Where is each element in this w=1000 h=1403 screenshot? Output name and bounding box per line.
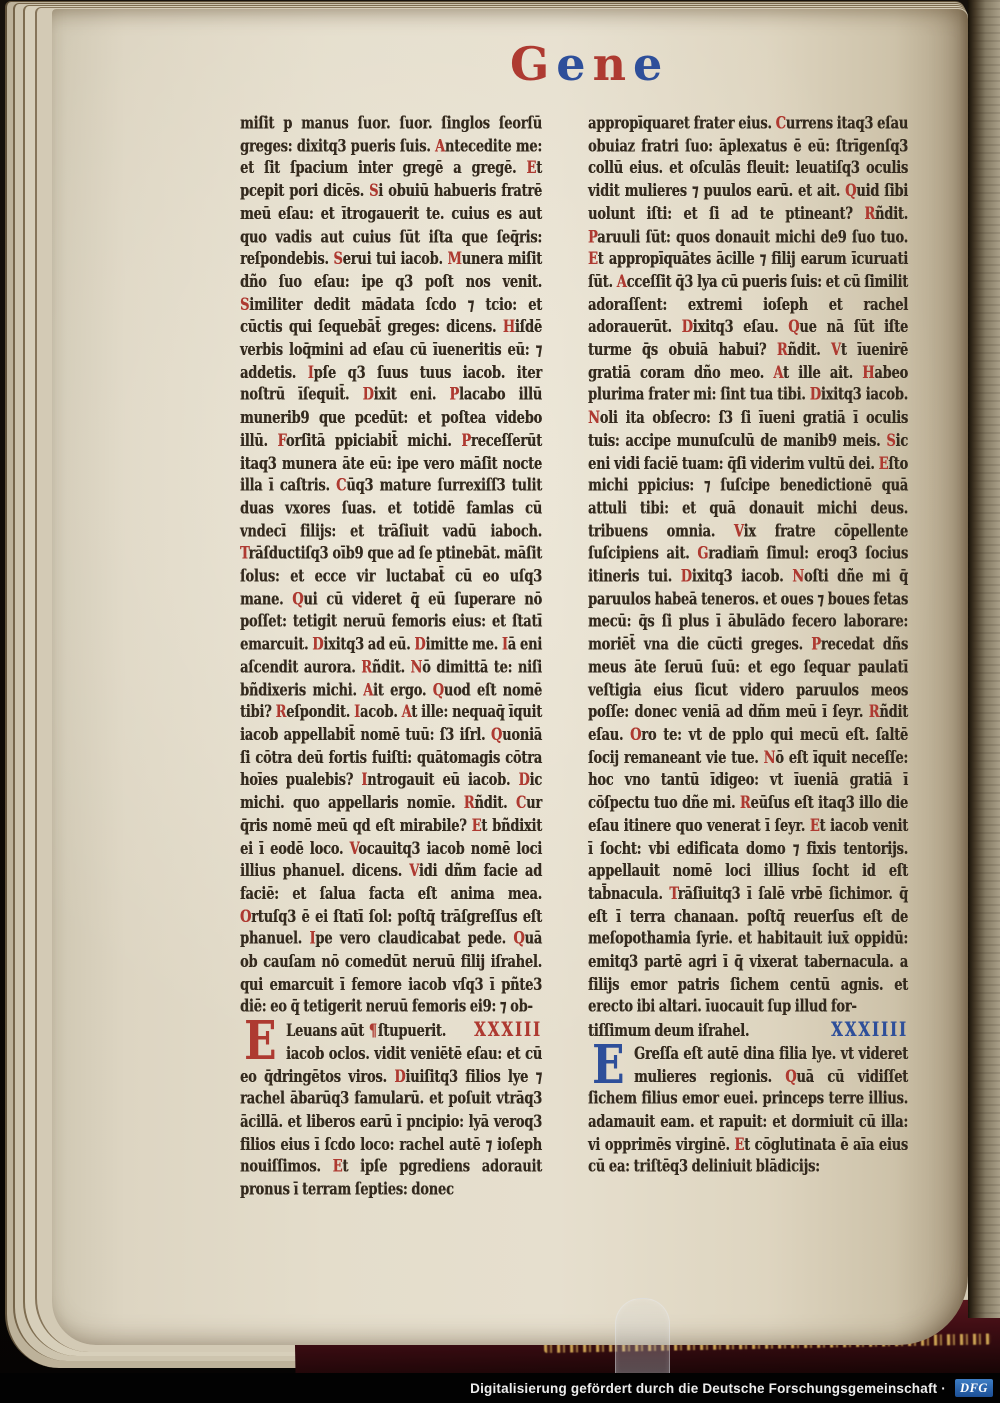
rubricated-capital: D bbox=[518, 771, 529, 790]
rubricated-capital: D bbox=[394, 1067, 405, 1086]
rubricated-capital: R bbox=[864, 205, 875, 224]
rubricated-capital: E bbox=[810, 817, 820, 836]
rubricated-capital: S bbox=[886, 432, 895, 451]
rubricated-capital: C bbox=[516, 794, 526, 813]
rubricated-capital: T bbox=[240, 545, 249, 564]
running-title: Gene bbox=[510, 37, 666, 91]
paragraph-end-text: tiſſimum deum iſrahel. bbox=[588, 1021, 749, 1044]
rubricated-capital: R bbox=[276, 703, 287, 722]
rubricated-capital: N bbox=[764, 749, 776, 768]
facing-page-edge bbox=[968, 0, 1000, 1318]
rubricated-capital: C bbox=[776, 114, 786, 133]
rubricated-capital: A bbox=[617, 273, 627, 292]
rubricated-capital: R bbox=[777, 341, 788, 360]
rubricated-capital: E bbox=[333, 1158, 343, 1177]
chapter-initial: E bbox=[588, 1045, 628, 1089]
rubricated-capital: Q bbox=[491, 726, 502, 745]
rubricated-capital: Q bbox=[513, 930, 524, 949]
running-title-letter: e bbox=[633, 37, 666, 91]
scripture-paragraph: iacob oclos. vidit veniētē eſau: et cū e… bbox=[240, 1043, 542, 1202]
rubricated-capital: H bbox=[862, 364, 874, 383]
rubricated-capital: A bbox=[363, 681, 373, 700]
rubricated-capital: S bbox=[369, 182, 378, 201]
rubricated-capital: P bbox=[461, 432, 471, 451]
rubricated-capital: Q bbox=[788, 318, 799, 337]
dfg-banner-text: Digitalisierung gefördert durch die Deut… bbox=[470, 1381, 946, 1396]
rubricated-capital: C bbox=[336, 477, 346, 496]
rubricated-capital: D bbox=[682, 318, 693, 337]
rubricated-capital: V bbox=[734, 522, 744, 541]
chapter-block: ELeuans aūt ¶ſtupuerit.XXXIIIiacob oclos… bbox=[240, 1019, 542, 1202]
rubricated-capital: D bbox=[414, 635, 425, 654]
chapter-incipit: Leuans aūt ¶ſtupuerit. bbox=[286, 1021, 446, 1044]
rubricated-capital: D bbox=[312, 635, 323, 654]
rubricated-capital: R bbox=[361, 658, 372, 677]
rubricated-capital: P bbox=[588, 228, 597, 247]
rubricated-capital: E bbox=[526, 160, 536, 179]
rubricated-capital: V bbox=[831, 341, 841, 360]
chapter-number: XXXIII bbox=[474, 1019, 542, 1042]
rubricated-capital: V bbox=[350, 839, 359, 858]
rubricated-capital: A bbox=[402, 703, 412, 722]
rubricated-capital: I bbox=[502, 635, 508, 654]
rubricated-capital: E bbox=[588, 250, 598, 269]
chapter-number: XXXIIII bbox=[831, 1019, 908, 1042]
rubricated-capital: P bbox=[811, 635, 821, 654]
rubricated-capital: D bbox=[810, 386, 821, 405]
rubricated-capital: N bbox=[410, 658, 422, 677]
rubricated-capital: Q bbox=[845, 182, 856, 201]
rubricated-capital: F bbox=[278, 432, 286, 451]
rubricated-capital: R bbox=[740, 794, 751, 813]
dfg-banner: Digitalisierung gefördert durch die Deut… bbox=[0, 1373, 1000, 1403]
rubricated-capital: Q bbox=[433, 681, 444, 700]
rubricated-capital: R bbox=[464, 794, 475, 813]
running-title-letter: e bbox=[556, 37, 589, 91]
rubricated-capital: I bbox=[354, 703, 360, 722]
rubricated-capital: H bbox=[503, 318, 515, 337]
rubricated-capital: G bbox=[697, 545, 708, 564]
rubricated-capital: A bbox=[435, 137, 445, 156]
rubricated-capital: V bbox=[409, 862, 419, 881]
rubricated-capital: M bbox=[447, 250, 461, 269]
chapter-initial: E bbox=[240, 1021, 280, 1065]
text-column-left: miſit p manus ſuor. ſuor. ſinglos ſeorſū… bbox=[240, 113, 542, 1202]
rubricated-capital: A bbox=[773, 364, 783, 383]
rubricated-capital: N bbox=[792, 567, 804, 586]
rubricated-capital: I bbox=[309, 930, 315, 949]
page-holder-clip bbox=[615, 1298, 670, 1375]
rubricated-capital: S bbox=[240, 296, 249, 315]
text-column-right: appropīquaret frater eius. Currens itaq3… bbox=[588, 113, 908, 1179]
pilcrow-mark: ¶ bbox=[368, 1022, 378, 1041]
rubricated-capital: O bbox=[630, 726, 641, 745]
chapter-number-line: tiſſimum deum iſrahel.XXXIIII bbox=[588, 1019, 908, 1043]
rubricated-capital: P bbox=[449, 386, 459, 405]
rubricated-capital: S bbox=[333, 250, 342, 269]
rubricated-capital: N bbox=[588, 409, 600, 428]
manuscript-page: Gene miſit p manus ſuor. ſuor. ſinglos ſ… bbox=[52, 9, 968, 1345]
rubricated-capital: E bbox=[734, 1135, 744, 1154]
running-title-letter: n bbox=[593, 37, 630, 91]
rubricated-capital: D bbox=[363, 386, 374, 405]
rubricated-capital: I bbox=[361, 771, 367, 790]
rubricated-capital: Q bbox=[292, 590, 303, 609]
rubricated-capital: E bbox=[472, 817, 482, 836]
chapter-heading-line: Leuans aūt ¶ſtupuerit.XXXIII bbox=[286, 1019, 542, 1043]
rubricated-capital: D bbox=[681, 567, 692, 586]
rubricated-capital: T bbox=[669, 885, 678, 904]
rubricated-capital: R bbox=[869, 703, 880, 722]
dfg-logo: DFG bbox=[955, 1379, 993, 1397]
scripture-paragraph: appropīquaret frater eius. Currens itaq3… bbox=[588, 113, 908, 1019]
scripture-paragraph: Greſſa eſt autē dina filia lye. vt vider… bbox=[588, 1043, 908, 1179]
book-photo: Gene miſit p manus ſuor. ſuor. ſinglos ſ… bbox=[0, 0, 1000, 1403]
rubricated-capital: I bbox=[308, 364, 314, 383]
running-title-letter: G bbox=[510, 37, 553, 91]
scripture-paragraph: miſit p manus ſuor. ſuor. ſinglos ſeorſū… bbox=[240, 113, 542, 1019]
rubricated-capital: E bbox=[879, 454, 889, 473]
rubricated-capital: O bbox=[240, 907, 251, 926]
rubricated-capital: Q bbox=[785, 1067, 796, 1086]
chapter-block: EGreſſa eſt autē dina filia lye. vt vide… bbox=[588, 1043, 908, 1179]
